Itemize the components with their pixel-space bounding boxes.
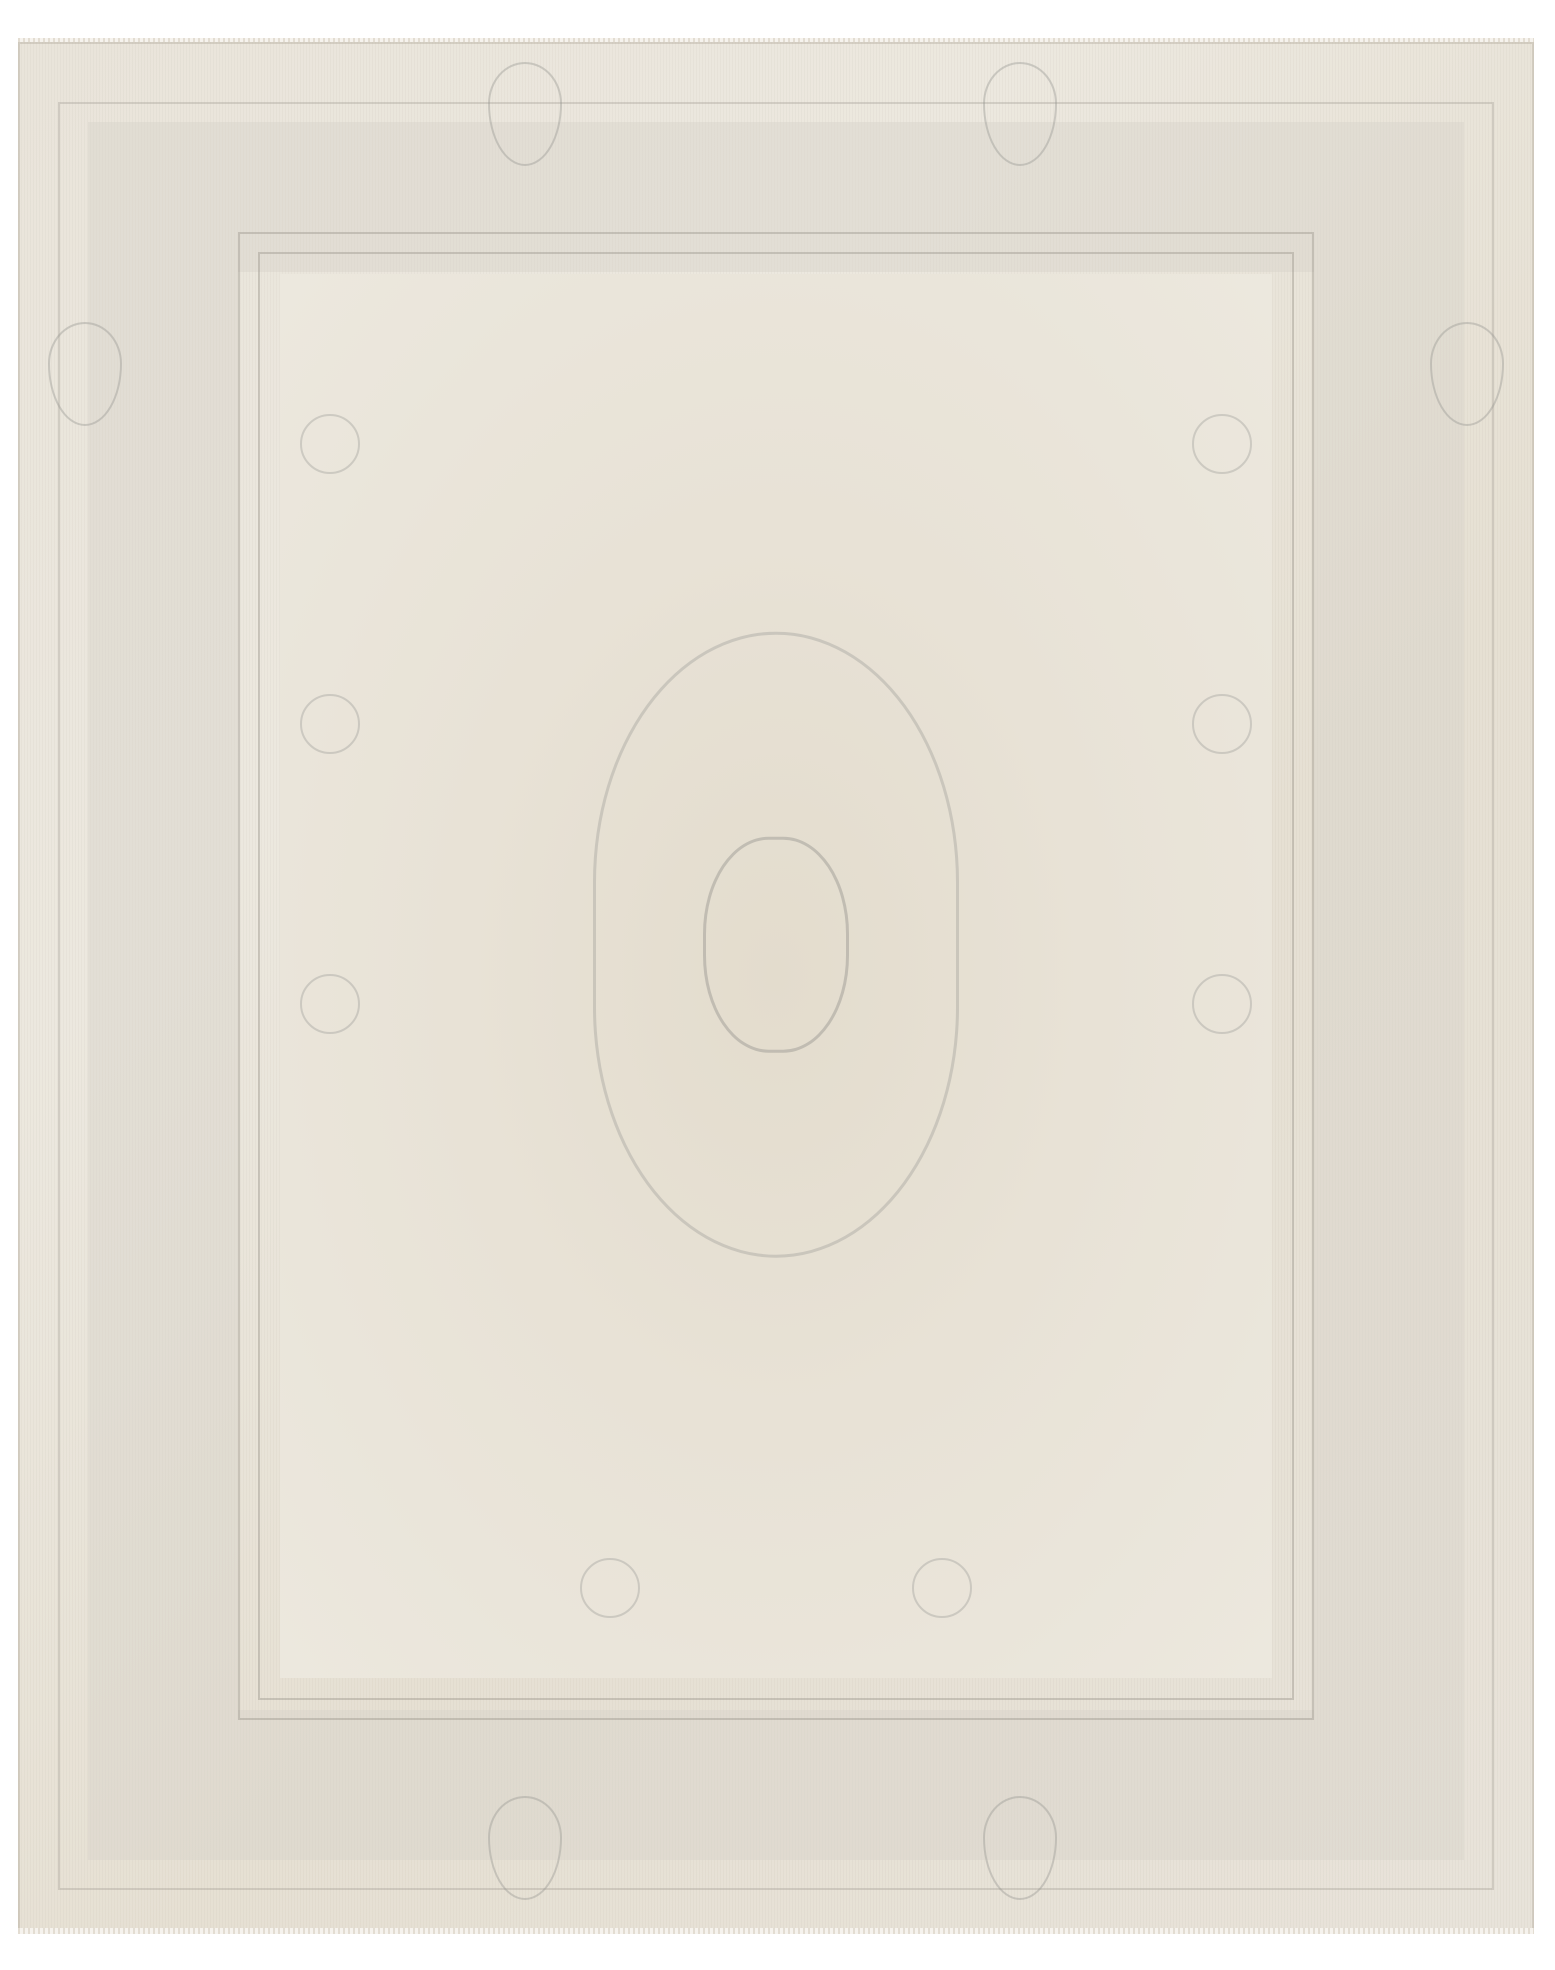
rug — [18, 42, 1534, 1930]
rug-medallion-core — [703, 837, 849, 1053]
rosette-motif — [300, 694, 360, 754]
rosette-motif — [1192, 414, 1252, 474]
rug-central-medallion — [593, 632, 959, 1258]
rosette-motif — [1192, 694, 1252, 754]
rosette-motif — [300, 414, 360, 474]
rosette-motif — [1192, 974, 1252, 1034]
rosette-motif — [300, 974, 360, 1034]
rug-fringe-bottom — [18, 1928, 1534, 1934]
rosette-motif — [912, 1558, 972, 1618]
rosette-motif — [580, 1558, 640, 1618]
rug-central-field — [280, 274, 1272, 1678]
